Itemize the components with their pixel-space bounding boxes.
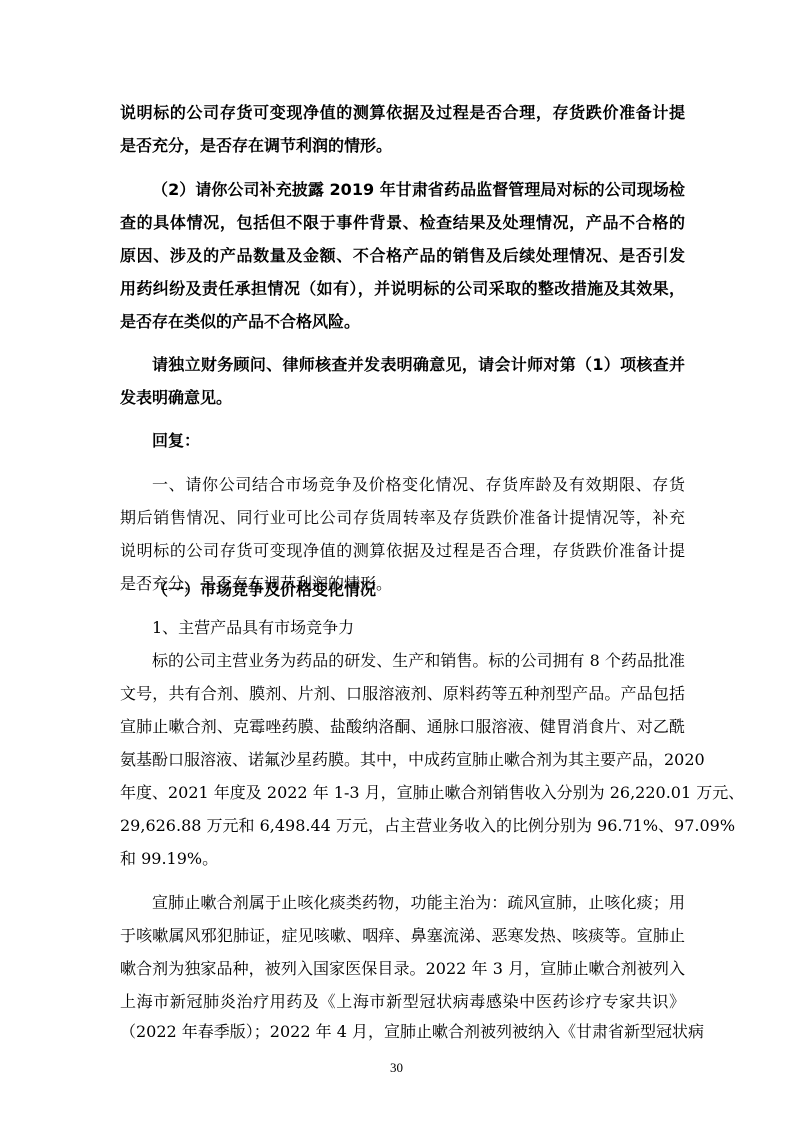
question-2-line: （2）请你公司补充披露 2019 年甘肃省药品监督管理局对标的公司现场检 xyxy=(152,180,685,200)
paragraph-1-line: 年度、2021 年度及 2022 年 1-3 月，宣肺止嗽合剂销售收入分别为 2… xyxy=(120,783,685,803)
paragraph-1-line: 氨基酚口服溶液、诺氟沙星药膜。其中，中成药宣肺止嗽合剂为其主要产品，2020 xyxy=(120,750,685,770)
paragraph-2-line: 宣肺止嗽合剂属于止咳化痰类药物，功能主治为：疏风宣肺，止咳化痰；用 xyxy=(152,893,685,913)
question-tail-line: 说明标的公司存货可变现净值的测算依据及过程是否合理，存货跌价准备计提 xyxy=(120,103,685,123)
section-1-line: 说明标的公司存货可变现净值的测算依据及过程是否合理，存货跌价准备计提 xyxy=(120,541,685,561)
paragraph-2-line: 上海市新冠肺炎治疗用药及《上海市新型冠状病毒感染中医药诊疗专家共识》 xyxy=(120,992,685,1012)
question-2-line: 用药纠纷及责任承担情况（如有），并说明标的公司采取的整改措施及其效果， xyxy=(120,279,685,299)
question-2-line: 原因、涉及的产品数量及金额、不合格产品的销售及后续处理情况、是否引发 xyxy=(120,246,685,266)
section-1-line: 一、请你公司结合市场竞争及价格变化情况、存货库龄及有效期限、存货 xyxy=(152,475,685,495)
request-line: 发表明确意见。 xyxy=(120,388,685,408)
paragraph-1-line: 文号，共有合剂、膜剂、片剂、口服溶液剂、原料药等五种剂型产品。产品包括 xyxy=(120,684,685,704)
document-page: 说明标的公司存货可变现净值的测算依据及过程是否合理，存货跌价准备计提 是否充分，… xyxy=(0,0,793,1122)
subsection-heading: （一）市场竞争及价格变化情况 xyxy=(152,580,685,600)
paragraph-1-line: 标的公司主营业务为药品的研发、生产和销售。标的公司拥有 8 个药品批准 xyxy=(152,651,685,671)
page-number: 30 xyxy=(0,1060,793,1076)
paragraph-2-line: （2022 年春季版）；2022 年 4 月，宣肺止嗽合剂被列被纳入《甘肃省新型… xyxy=(120,1022,685,1042)
reply-label: 回复： xyxy=(152,431,685,451)
item-heading: 1、主营产品具有市场竞争力 xyxy=(152,618,685,638)
paragraph-1-line: 宣肺止嗽合剂、克霉唑药膜、盐酸纳洛酮、通脉口服溶液、健胃消食片、对乙酰 xyxy=(120,717,685,737)
section-1-line: 期后销售情况、同行业可比公司存货周转率及存货跌价准备计提情况等，补充 xyxy=(120,508,685,528)
question-2-line: 查的具体情况，包括但不限于事件背景、检查结果及处理情况，产品不合格的 xyxy=(120,213,685,233)
paragraph-1-line: 29,626.88 万元和 6,498.44 万元，占主营业务收入的比例分别为 … xyxy=(120,816,685,836)
question-tail-line: 是否充分，是否存在调节利润的情形。 xyxy=(120,136,685,156)
question-2-line: 是否存在类似的产品不合格风险。 xyxy=(120,312,685,332)
paragraph-1-line: 和 99.19%。 xyxy=(120,849,685,869)
paragraph-2-line: 于咳嗽属风邪犯肺证，症见咳嗽、咽痒、鼻塞流涕、恶寒发热、咳痰等。宣肺止 xyxy=(120,926,685,946)
request-line: 请独立财务顾问、律师核查并发表明确意见，请会计师对第（1）项核查并 xyxy=(152,355,685,375)
paragraph-2-line: 嗽合剂为独家品种，被列入国家医保目录。2022 年 3 月，宣肺止嗽合剂被列入 xyxy=(120,959,685,979)
